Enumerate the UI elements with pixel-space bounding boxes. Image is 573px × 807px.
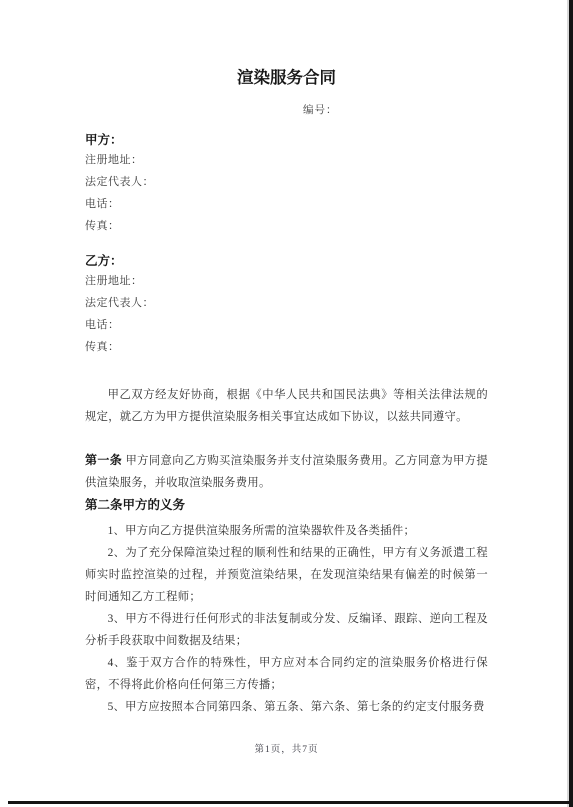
clause-2-items: 1、甲方向乙方提供渲染服务所需的渲染器软件及各类插件； 2、为了充分保障渲染过程… [85, 520, 488, 718]
preamble-paragraph: 甲乙双方经友好协商，根据《中华人民共和国民法典》等相关法律法规的规定，就乙方为甲… [85, 384, 488, 428]
clause-2-item-5: 5、甲方应按照本合同第四条、第五条、第六条、第七条的约定支付服务费 [85, 696, 488, 718]
party-b-registered-address-label: 注册地址： [85, 270, 488, 292]
clause-1-text: 甲方同意向乙方购买渲染服务并支付渲染服务费用。乙方同意为甲方提供渲染服务，并收取… [85, 455, 488, 489]
contract-page: 渲染服务合同 编号： 甲方： 注册地址： 法定代表人： 电话： 传真： 乙方： … [0, 0, 573, 807]
page-number-footer: 第1页，共7页 [0, 743, 573, 757]
party-a-fields: 注册地址： 法定代表人： 电话： 传真： [85, 149, 488, 237]
party-a-heading: 甲方： [85, 132, 488, 149]
clause-2-heading: 第二条甲方的义务 [85, 494, 488, 516]
party-b-fields: 注册地址： 法定代表人： 电话： 传真： [85, 270, 488, 358]
party-a-legal-representative-label: 法定代表人： [85, 171, 488, 193]
party-a-section: 甲方： 注册地址： 法定代表人： 电话： 传真： [85, 132, 488, 237]
clause-2-item-2: 2、为了充分保障渲染过程的顺利性和结果的正确性，甲方有义务派遣工程师实时监控渲染… [85, 542, 488, 608]
clause-2-item-4: 4、鉴于双方合作的特殊性，甲方应对本合同约定的渲染服务价格进行保密，不得将此价格… [85, 652, 488, 696]
party-a-registered-address-label: 注册地址： [85, 149, 488, 171]
party-b-phone-label: 电话： [85, 314, 488, 336]
clause-2-item-1: 1、甲方向乙方提供渲染服务所需的渲染器软件及各类插件； [85, 520, 488, 542]
party-b-heading: 乙方： [85, 253, 488, 270]
party-b-fax-label: 传真： [85, 336, 488, 358]
party-a-phone-label: 电话： [85, 193, 488, 215]
clause-1-paragraph: 第一条 甲方同意向乙方购买渲染服务并支付渲染服务费用。乙方同意为甲方提供渲染服务… [85, 449, 488, 494]
party-b-section: 乙方： 注册地址： 法定代表人： 电话： 传真： [85, 253, 488, 358]
contract-number-label: 编号： [85, 103, 488, 118]
page-content: 渲染服务合同 编号： 甲方： 注册地址： 法定代表人： 电话： 传真： 乙方： … [85, 0, 488, 718]
page-edge-bottom [8, 801, 573, 804]
clause-1-label: 第一条 [85, 453, 122, 467]
document-title: 渲染服务合同 [85, 67, 488, 90]
party-a-fax-label: 传真： [85, 215, 488, 237]
party-b-legal-representative-label: 法定代表人： [85, 292, 488, 314]
page-edge-right [569, 0, 573, 807]
clause-2-item-3: 3、甲方不得进行任何形式的非法复制或分发、反编译、跟踪、逆向工程及分析手段获取中… [85, 608, 488, 652]
